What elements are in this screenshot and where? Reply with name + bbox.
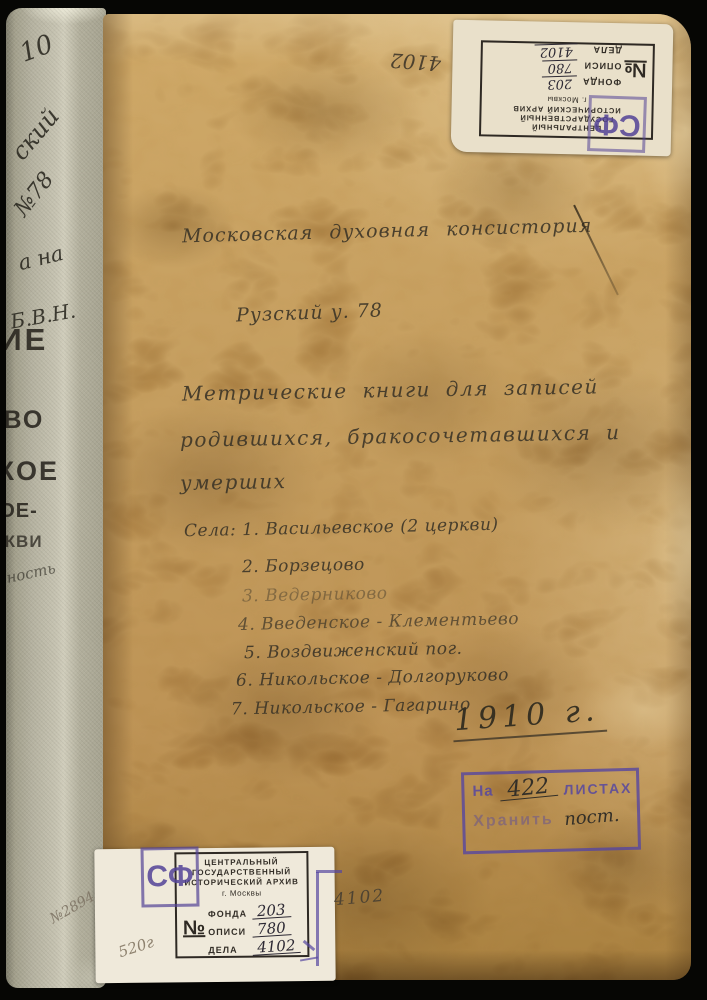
- opis-label: ОПИСИ: [208, 927, 252, 937]
- inverted-case-number: 4102: [389, 48, 441, 75]
- book-spine: 10 ский №78 а на Б.В.Н. ность ВИЕ ОВО СК…: [6, 8, 106, 988]
- purple-bracket-mark: [316, 872, 319, 966]
- sheets-count-value: 422: [499, 777, 559, 801]
- spine-ink-fragment: а на: [16, 241, 66, 275]
- fond-label: ФОНДА: [208, 909, 252, 919]
- fond-label: ФОНДА: [577, 76, 621, 87]
- archive-label-bottom: ЦЕНТРАЛЬНЫЙ ГОСУДАРСТВЕННЫЙ ИСТОРИЧЕСКИЙ…: [94, 847, 335, 984]
- spine-ink-fragment: №78: [10, 168, 60, 222]
- opis-value: 780: [542, 59, 577, 74]
- sheets-count-stamp: На 422 ЛИСТАХ Хранить пост.: [461, 768, 641, 855]
- village-item: 2. Борзецово: [242, 555, 365, 578]
- delo-label: ДЕЛА: [208, 945, 252, 955]
- spine-ink-fragment: 10: [16, 29, 57, 69]
- opis-value: 780: [252, 921, 291, 937]
- spine-marker-fragment: СКОЕ: [6, 456, 59, 487]
- fond-value: 203: [252, 903, 291, 919]
- spine-ink-fragment: ский: [6, 103, 65, 166]
- archival-book-photo: 10 ский №78 а на Б.В.Н. ность ВИЕ ОВО СК…: [0, 0, 707, 1000]
- spine-marker-fragment: КОЕ-: [6, 500, 38, 523]
- sf-stamp-letters: СФ: [593, 106, 641, 142]
- spine-ink-fragment: ность: [6, 559, 57, 587]
- fond-value: 203: [542, 75, 577, 90]
- listah-word: ЛИСТАХ: [563, 780, 632, 798]
- sf-stamp: СФ: [587, 95, 647, 153]
- delo-value: 4102: [252, 939, 301, 956]
- delo-label: ДЕЛА: [578, 44, 622, 55]
- opis-label: ОПИСИ: [577, 60, 621, 71]
- keep-written-word: пост.: [563, 805, 620, 830]
- number-symbol: №: [621, 58, 649, 82]
- spine-marker-fragment: ВИЕ: [6, 322, 48, 358]
- village-item: 3. Ведерниково: [242, 583, 388, 606]
- keep-stamped-word: Хранить: [473, 811, 554, 831]
- sf-stamp: СФ: [140, 846, 199, 907]
- spine-marker-fragment: ЕРКВИ: [6, 532, 43, 552]
- sf-stamp-letters: СФ: [146, 860, 194, 895]
- delo-value: 4102: [534, 43, 578, 58]
- subtitle-line: умерших: [180, 469, 287, 495]
- na-word: На: [472, 782, 494, 800]
- purple-bracket-mark: [316, 870, 342, 873]
- spine-marker-fragment: ОВО: [6, 406, 44, 435]
- number-symbol: №: [180, 917, 208, 940]
